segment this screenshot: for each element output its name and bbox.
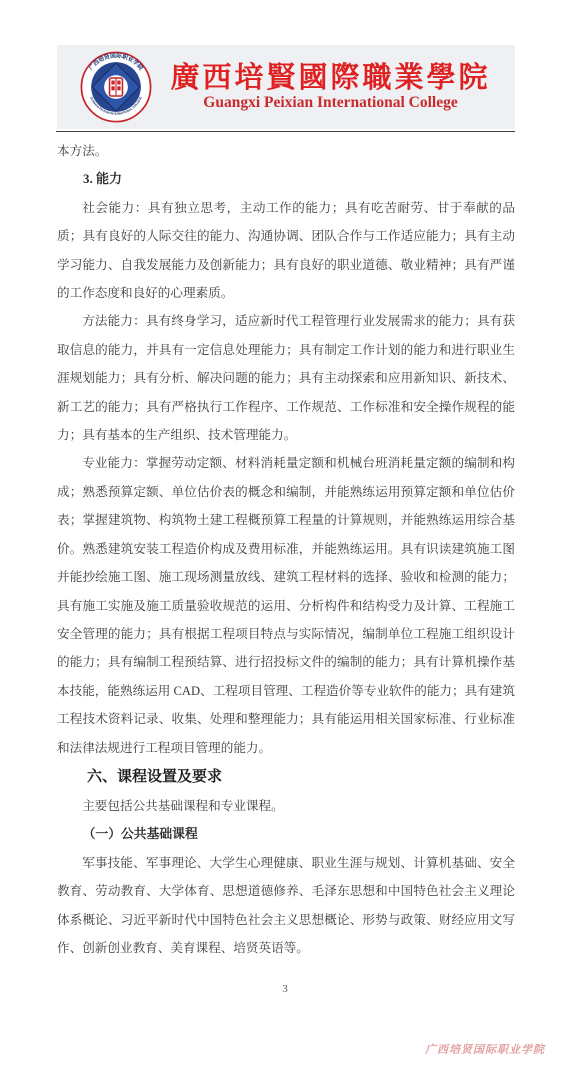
paragraph-method-ability: 方法能力：具有终身学习，适应新时代工程管理行业发展需求的能力；具有获取信息的能力… <box>57 307 515 449</box>
college-logo: 广西培贤国际职业学院 GUANGXI PEIXIAN INTERNATIONAL… <box>80 51 152 123</box>
watermark-text: 广西培贤国际职业学院 <box>425 1041 545 1057</box>
page-number: 3 <box>0 983 570 995</box>
heading-course-setup: 六、课程设置及要求 <box>57 762 515 792</box>
heading-public-basic-courses: （一）公共基础课程 <box>57 820 515 848</box>
document-body: 本方法。 3. 能力 社会能力：具有独立思考，主动工作的能力；具有吃苦耐劳、甘于… <box>57 137 515 962</box>
college-title-chinese: 廣西培賢國際職業學院 <box>152 63 509 93</box>
paragraph-course-intro: 主要包括公共基础课程和专业课程。 <box>57 792 515 820</box>
paragraph-social-ability: 社会能力：具有独立思考，主动工作的能力；具有吃苦耐劳、甘于奉献的品质；具有良好的… <box>57 194 515 308</box>
header-divider-line <box>56 131 515 132</box>
college-header-banner: 广西培贤国际职业学院 GUANGXI PEIXIAN INTERNATIONAL… <box>57 45 515 129</box>
paragraph-continuation: 本方法。 <box>57 137 515 165</box>
college-seal-icon: 广西培贤国际职业学院 GUANGXI PEIXIAN INTERNATIONAL… <box>80 51 152 123</box>
heading-ability: 3. 能力 <box>57 165 515 193</box>
college-titles: 廣西培賢國際職業學院 Guangxi Peixian International… <box>152 63 515 112</box>
document-page: 广西培贤国际职业学院 GUANGXI PEIXIAN INTERNATIONAL… <box>0 0 570 1080</box>
paragraph-public-basic-courses: 军事技能、军事理论、大学生心理健康、职业生涯与规划、计算机基础、安全教育、劳动教… <box>57 849 515 963</box>
college-title-english: Guangxi Peixian International College <box>152 95 509 111</box>
paragraph-professional-ability: 专业能力：掌握劳动定额、材料消耗量定额和机械台班消耗量定额的编制和构成；熟悉预算… <box>57 449 515 761</box>
